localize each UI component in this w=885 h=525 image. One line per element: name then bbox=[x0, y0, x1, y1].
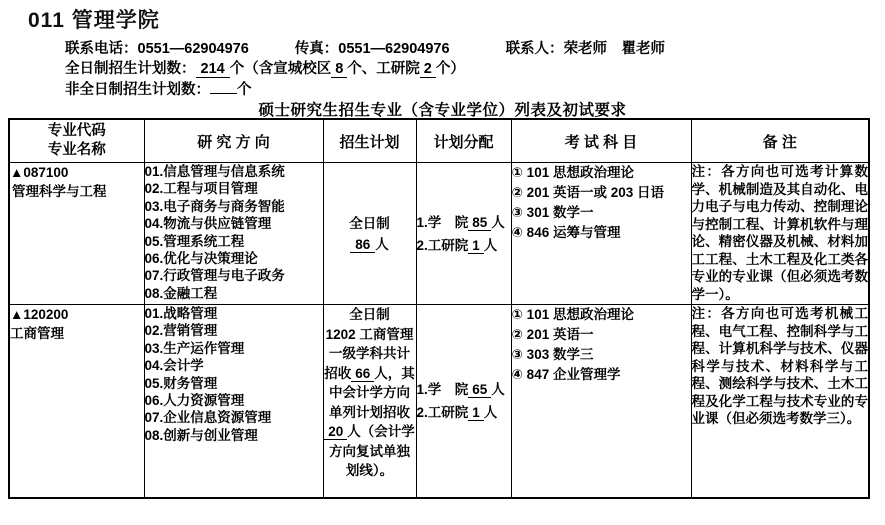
direction-item: 04.物流与供应链管理 bbox=[145, 215, 323, 232]
parttime-label: 非全日制招生计划数： bbox=[65, 82, 210, 98]
alloc-num: 1 bbox=[468, 238, 484, 254]
alloc-unit: 人 bbox=[491, 215, 505, 230]
exam-subject-item: ④ 847 企业管理学 bbox=[512, 365, 691, 385]
major-code-name-cell: ▲120200 工商管理 bbox=[9, 305, 144, 498]
fulltime-label: 全日制招生计划数： bbox=[65, 61, 196, 77]
alloc-unit: 人 bbox=[491, 382, 505, 397]
alloc-line: 2.工研院1人 bbox=[417, 401, 511, 424]
enrollment-plan-cell: 全日制 86人 bbox=[323, 163, 416, 305]
xuancheng-count: 8 bbox=[331, 61, 347, 78]
major-code: ▲087100 bbox=[10, 163, 144, 182]
direction-item: 07.行政管理与电子政务 bbox=[145, 267, 323, 284]
alloc-label: 1.学 院 bbox=[417, 382, 469, 397]
contact-label: 联系人： bbox=[506, 41, 564, 57]
admissions-document-page: 011 管理学院 联系电话：0551—62904976传真：0551—62904… bbox=[0, 0, 885, 525]
direction-item: 04.会计学 bbox=[145, 357, 323, 374]
direction-item: 05.财务管理 bbox=[145, 375, 323, 392]
exam-subject-item: ① 101 思想政治理论 bbox=[512, 305, 691, 325]
plan-mode: 全日制 bbox=[324, 305, 416, 325]
header-direction: 研 究 方 向 bbox=[144, 119, 323, 163]
alloc-unit: 人 bbox=[484, 405, 498, 420]
direction-item: 07.企业信息资源管理 bbox=[145, 409, 323, 426]
alloc-label: 1.学 院 bbox=[417, 215, 469, 230]
exam-subject-item: ③ 303 数学三 bbox=[512, 345, 691, 365]
direction-item: 01.信息管理与信息系统 bbox=[145, 163, 323, 180]
contact-info-block: 联系电话：0551—62904976传真：0551—62904976联系人：荣老… bbox=[65, 39, 665, 99]
header-code-name: 专业代码 专业名称 bbox=[9, 119, 144, 163]
major-name: 工商管理 bbox=[10, 324, 144, 343]
direction-item: 06.人力资源管理 bbox=[145, 392, 323, 409]
header-plan: 招生计划 bbox=[323, 119, 416, 163]
parttime-blank-underline bbox=[210, 79, 237, 94]
plan-unit: 人 bbox=[375, 237, 389, 252]
alloc-num: 85 bbox=[468, 215, 491, 231]
direction-item: 01.战略管理 bbox=[145, 305, 323, 322]
exam-subject-item: ③ 301 数学一 bbox=[512, 203, 691, 223]
direction-item: 05.管理系统工程 bbox=[145, 233, 323, 250]
header-allocation: 计划分配 bbox=[416, 119, 511, 163]
plan-detail: 1202 工商管理一级学科共计招收66人，其中会计学方向单列计划招收20人（会计… bbox=[324, 325, 416, 481]
exam-subject-item: ② 201 英语一 bbox=[512, 325, 691, 345]
alloc-label: 2.工研院 bbox=[417, 405, 469, 420]
alloc-line: 1.学 院85人 bbox=[417, 211, 511, 234]
direction-item: 02.营销管理 bbox=[145, 322, 323, 339]
research-directions-cell: 01.信息管理与信息系统 02.工程与项目管理 03.电子商务与商务智能 04.… bbox=[144, 163, 323, 305]
department-title: 011 管理学院 bbox=[28, 4, 160, 34]
alloc-num: 65 bbox=[468, 382, 491, 398]
remark-text: 注：各方向也可选考计算数学、机械制造及其自动化、电力电子与电力传动、控制理论与控… bbox=[692, 163, 869, 303]
table-row-087100: ▲087100 管理科学与工程 01.信息管理与信息系统 02.工程与项目管理 … bbox=[9, 163, 869, 305]
exam-subject-item: ① 101 思想政治理论 bbox=[512, 163, 691, 183]
plan-allocation-cell: 1.学 院85人 2.工研院1人 bbox=[416, 163, 511, 305]
remark-cell: 注：各方向也可选考计算数学、机械制造及其自动化、电力电子与电力传动、控制理论与控… bbox=[691, 163, 869, 305]
parttime-plan-line: 非全日制招生计划数：个 bbox=[65, 79, 665, 99]
contact-value: 荣老师 瞿老师 bbox=[564, 41, 666, 57]
phone-label: 联系电话： bbox=[65, 41, 138, 57]
fulltime-mid2: 个、工研院 bbox=[347, 61, 420, 77]
fulltime-tail: 个） bbox=[436, 61, 465, 77]
table-row-120200: ▲120200 工商管理 01.战略管理 02.营销管理 03.生产运作管理 0… bbox=[9, 305, 869, 498]
plan-allocation-cell: 1.学 院65人 2.工研院1人 bbox=[416, 305, 511, 498]
direction-item: 08.创新与创业管理 bbox=[145, 427, 323, 444]
plan-mode: 全日制 bbox=[324, 213, 416, 234]
remark-text: 注：各方向也可选考机械工程、电气工程、控制科学与工程、计算机科学与技术、仪器科学… bbox=[692, 305, 869, 428]
table-title: 硕士研究生招生专业（含专业学位）列表及初试要求 bbox=[0, 98, 885, 120]
direction-item: 02.工程与项目管理 bbox=[145, 180, 323, 197]
plan-count: 20 bbox=[324, 424, 347, 440]
plan-count-line: 86人 bbox=[324, 234, 416, 255]
header-remark: 备 注 bbox=[691, 119, 869, 163]
research-directions-cell: 01.战略管理 02.营销管理 03.生产运作管理 04.会计学 05.财务管理… bbox=[144, 305, 323, 498]
direction-item: 03.生产运作管理 bbox=[145, 340, 323, 357]
gongyanyuan-count: 2 bbox=[420, 61, 436, 78]
fulltime-total: 214 bbox=[196, 61, 230, 78]
plan-count: 66 bbox=[351, 366, 374, 382]
major-code-name-cell: ▲087100 管理科学与工程 bbox=[9, 163, 144, 305]
alloc-label: 2.工研院 bbox=[417, 238, 469, 253]
major-name: 管理科学与工程 bbox=[12, 182, 144, 201]
phone-value: 0551—62904976 bbox=[138, 41, 249, 57]
parttime-unit: 个 bbox=[237, 82, 252, 98]
alloc-unit: 人 bbox=[484, 238, 498, 253]
alloc-num: 1 bbox=[468, 405, 484, 421]
remark-cell: 注：各方向也可选考机械工程、电气工程、控制科学与工程、计算机科学与技术、仪器科学… bbox=[691, 305, 869, 498]
direction-item: 03.电子商务与商务智能 bbox=[145, 198, 323, 215]
exam-subjects-cell: ① 101 思想政治理论 ② 201 英语一 ③ 303 数学三 ④ 847 企… bbox=[511, 305, 691, 498]
exam-subjects-cell: ① 101 思想政治理论 ② 201 英语一或 203 日语 ③ 301 数学一… bbox=[511, 163, 691, 305]
direction-item: 06.优化与决策理论 bbox=[145, 250, 323, 267]
admissions-table: 专业代码 专业名称 研 究 方 向 招生计划 计划分配 考 试 科 目 备 注 … bbox=[8, 118, 870, 499]
fulltime-mid1: 个（含宣城校区 bbox=[230, 61, 332, 77]
fax-label: 传真： bbox=[295, 41, 339, 57]
exam-subject-item: ② 201 英语一或 203 日语 bbox=[512, 183, 691, 203]
alloc-line: 1.学 院65人 bbox=[417, 378, 511, 401]
header-subjects: 考 试 科 目 bbox=[511, 119, 691, 163]
alloc-line: 2.工研院1人 bbox=[417, 234, 511, 257]
contact-line: 联系电话：0551—62904976传真：0551—62904976联系人：荣老… bbox=[65, 39, 665, 59]
major-code: ▲120200 bbox=[10, 305, 144, 324]
direction-item: 08.金融工程 bbox=[145, 285, 323, 302]
table-header-row: 专业代码 专业名称 研 究 方 向 招生计划 计划分配 考 试 科 目 备 注 bbox=[9, 119, 869, 163]
enrollment-plan-cell: 全日制 1202 工商管理一级学科共计招收66人，其中会计学方向单列计划招收20… bbox=[323, 305, 416, 498]
exam-subject-item: ④ 846 运筹与管理 bbox=[512, 223, 691, 243]
fax-value: 0551—62904976 bbox=[338, 41, 449, 57]
plan-count: 86 bbox=[350, 237, 375, 253]
fulltime-plan-line: 全日制招生计划数：214个（含宣城校区8个、工研院2个） bbox=[65, 59, 665, 79]
